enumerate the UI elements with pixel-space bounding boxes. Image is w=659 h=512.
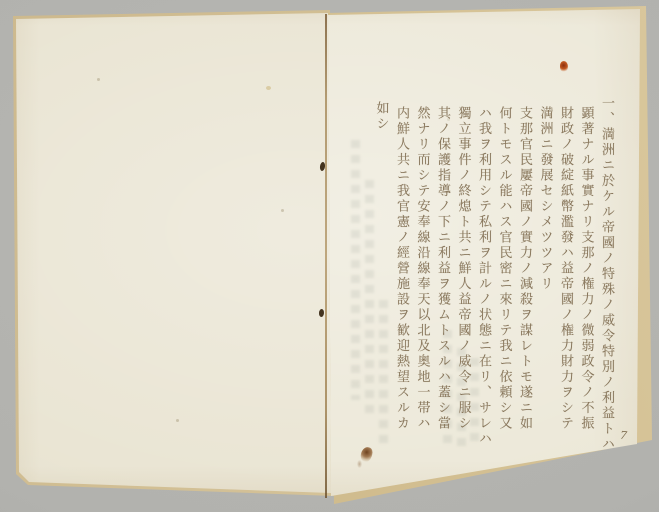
red-foxing-stain: [560, 61, 568, 72]
ink-smudge-tail: [357, 460, 362, 468]
paper-speck: [266, 86, 271, 90]
text-column-7: ハ我ヲ利用シテ私利ヲ計ルノ状態ニ在リ、サレハ: [473, 0, 494, 512]
paper-speck: [281, 209, 284, 212]
paper-speck: [176, 419, 179, 422]
scanned-manuscript: 一、満洲ニ於ケル帝國ノ特殊ノ威令特別ノ利益トハ 顕著ナル事實ナリ支那ノ権力ノ微弱…: [0, 0, 659, 512]
text-column-10: 然ナリ而シテ安奉線沿線奉天以北及奥地一帯ハ: [411, 0, 432, 512]
text-column-3: 財政ノ破綻紙幣濫發ハ益帝國ノ権力財力ヲシテ: [555, 0, 576, 512]
text-column-4: 満洲ニ發展セシメツツアリ: [534, 0, 555, 512]
text-column-2: 顕著ナル事實ナリ支那ノ権力ノ微弱政令ノ不振: [575, 0, 596, 512]
paper-speck: [97, 78, 100, 81]
binding-fold-line: [325, 14, 327, 498]
text-column-5: 支那官民屢帝國ノ實力ノ減殺ヲ謀レトモ遂ニ如: [514, 0, 535, 512]
text-column-9: 其ノ保護指導ノ下ニ利益ヲ獲ムトスルハ蓋シ當: [432, 0, 453, 512]
paper-speck: [585, 342, 588, 345]
text-column-8: 獨立事件ノ終熄ト共ニ鮮人益帝國ノ威令ニ服シ: [452, 0, 473, 512]
paper-speck: [447, 118, 450, 121]
text-column-1: 一、満洲ニ於ケル帝國ノ特殊ノ威令特別ノ利益トハ: [596, 0, 617, 512]
text-column-12: 如シ: [370, 0, 391, 512]
page-number: 7: [619, 429, 627, 443]
text-column-6: 何トモスル能ハス官民密ニ來リテ我ニ依頼シ又: [493, 0, 514, 512]
text-column-11: 内鮮人共ニ我官憲ノ經營施設ヲ歓迎熱望スルカ: [391, 0, 412, 512]
manuscript-text-block: 一、満洲ニ於ケル帝國ノ特殊ノ威令特別ノ利益トハ 顕著ナル事實ナリ支那ノ権力ノ微弱…: [348, 0, 616, 512]
